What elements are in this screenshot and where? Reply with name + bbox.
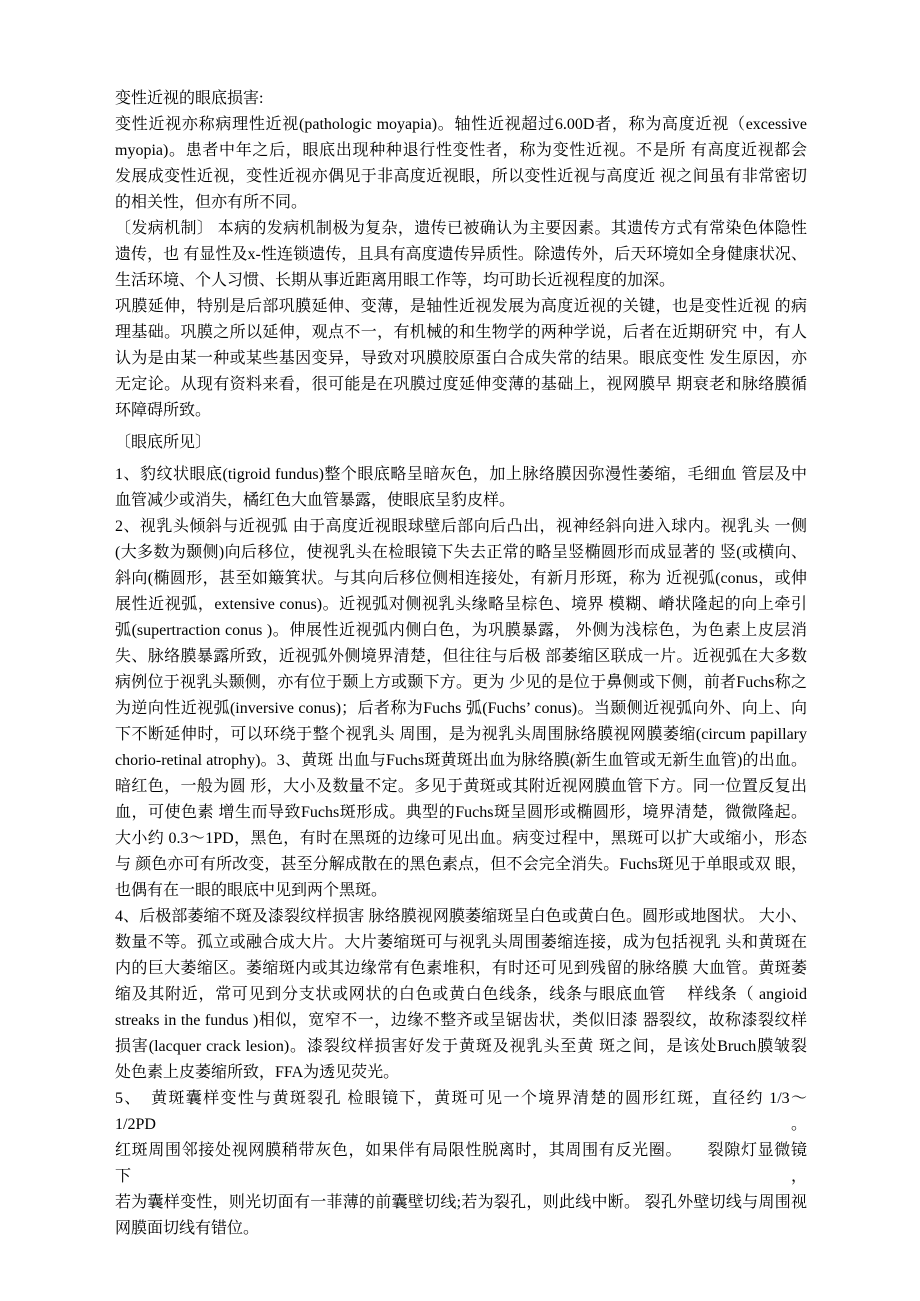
item-4-atrophy-lacquer-cracks: 4、后极部萎缩不斑及漆裂纹样损害 脉络膜视网膜萎缩斑呈白色或黄白色。圆形或地图状…	[115, 904, 807, 1086]
page-title: 变性近视的眼底损害:	[115, 86, 807, 112]
text-line: 4、后极部萎缩不斑及漆裂纹样损害 脉络膜视网膜萎缩斑呈白色或黄白色。圆形或地图状…	[115, 904, 807, 930]
fundus-findings-heading: 〔眼底所见〕	[115, 430, 807, 456]
text-line: 巩膜延伸，特别是后部巩膜延伸、变薄，是轴性近视发展为高度近视的关键，也是变性近视…	[115, 294, 807, 320]
text-line: 数量不等。孤立或融合成大片。大片萎缩斑可与视乳头周围萎缩连接，成为包括视乳 头和…	[115, 930, 807, 956]
text-line: 内的巨大萎缩区。萎缩斑内或其边缘常有色素堆积，有时还可见到残留的脉络膜 大血管。…	[115, 956, 807, 982]
text-line: (大多数为颞侧)向后移位，使视乳头在检眼镜下失去正常的略呈竖椭圆形而成显著的 竖…	[115, 540, 807, 566]
text-line: 展性近视弧，extensive conus)。近视弧对侧视乳头缘略呈棕色、境界 …	[115, 592, 807, 618]
text-line: 的相关性，但亦有所不同。	[115, 190, 807, 216]
text-line: 与 颜色亦可有所改变，甚至分解成散在的黑色素点，但不会完全消失。Fuchs斑见于…	[115, 852, 807, 878]
pathogenesis-paragraph: 〔发病机制〕 本病的发病机制极为复杂，遗传已被确认为主要因素。其遗传方式有常染色…	[115, 216, 807, 294]
item-5-cystoid-degeneration-macular-hole: 5、 黄斑囊样变性与黄斑裂孔 检眼镜下，黄斑可见一个境界清楚的圆形红斑，直径约 …	[115, 1086, 807, 1242]
text-line: 失、脉络膜暴露所致，近视弧外侧境界清楚，但往往与后极 部萎缩区联成一片。近视弧在…	[115, 644, 807, 670]
text-line: 处色素上皮萎缩所致，FFA为透见荧光。	[115, 1060, 807, 1086]
text-line: 大小约 0.3〜1PD，黑色，有时在黑斑的边缘可见出血。病变过程中，黑斑可以扩大…	[115, 826, 807, 852]
document-title-block: 变性近视的眼底损害:	[115, 86, 807, 112]
text-line: 血，可使色素 增生而导致Fuchs斑形成。典型的Fuchs斑呈圆形或椭圆形，境界…	[115, 800, 807, 826]
text-line: 无定论。从现有资料来看，很可能是在巩膜过度延伸变薄的基础上，视网膜早 期衰老和脉…	[115, 372, 807, 398]
text-line: 理基础。巩膜之所以延伸，观点不一，有机械的和生物学的两种学说，后者在近期研究 中…	[115, 320, 807, 346]
text-line: 暗红色，一般为圆 形，大小及数量不定。多见于黄斑或其附近视网膜血管下方。同一位置…	[115, 774, 807, 800]
intro-paragraph: 变性近视亦称病理性近视(pathologic moyapia)。轴性近视超过6.…	[115, 112, 807, 216]
text-line: streaks in the fundus )相似，宽窄不一，边缘不整齐或呈锯齿…	[115, 1008, 807, 1034]
text-line: 环障碍所致。	[115, 398, 807, 424]
text-line: 损害(lacquer crack lesion)。漆裂纹样损害好发于黄斑及视乳头…	[115, 1034, 807, 1060]
text-line: 认为是由某一种或某些基因变异，导致对巩膜胶原蛋白合成失常的结果。眼底变性 发生原…	[115, 346, 807, 372]
text-line: 遗传，也 有显性及x-性连锁遗传，且具有高度遗传异质性。除遗传外，后天环境如全身…	[115, 242, 807, 268]
text-line: myopia)。患者中年之后，眼底出现种种退行性变性者，称为变性近视。不是所 有…	[115, 138, 807, 164]
text-line: 下不断延伸时，可以环绕于整个视乳头 周围，是为视乳头周围脉络膜视网膜萎缩(cir…	[115, 722, 807, 748]
document-page: 变性近视的眼底损害: 变性近视亦称病理性近视(pathologic moyapi…	[0, 0, 920, 1301]
text-line: 变性近视亦称病理性近视(pathologic moyapia)。轴性近视超过6.…	[115, 112, 807, 138]
text-line: 1、豹纹状眼底(tigroid fundus)整个眼底略呈暗灰色，加上脉络膜因弥…	[115, 462, 807, 488]
text-line: 为逆向性近视弧(inversive conus)；后者称为Fuchs 弧(Fuc…	[115, 696, 807, 722]
text-line: 血管减少或消失，橘红色大血管暴露，使眼底呈豹皮样。	[115, 488, 807, 514]
text-line: 也偶有在一眼的眼底中见到两个黑斑。	[115, 878, 807, 904]
text-line: 病例位于视乳头颞侧，亦有位于颞上方或颞下方。更为 少见的是位于鼻侧或下侧，前者F…	[115, 670, 807, 696]
section-heading: 〔眼底所见〕	[115, 430, 807, 456]
text-line: 发展成变性近视，变性近视亦偶见于非高度近视眼，所以变性近视与高度近 视之间虽有非…	[115, 164, 807, 190]
text-line: 网膜面切线有错位。	[115, 1216, 807, 1242]
item-1-tigroid-fundus: 1、豹纹状眼底(tigroid fundus)整个眼底略呈暗灰色，加上脉络膜因弥…	[115, 462, 807, 514]
item-2-3-disc-tilt-conus-macular-hemorrhage: 2、视乳头倾斜与近视弧 由于高度近视眼球壁后部向后凸出，视神经斜向进入球内。视乳…	[115, 514, 807, 904]
text-line: 若为囊样变性，则光切面有一菲薄的前囊壁切线;若为裂孔，则此线中断。 裂孔外壁切线…	[115, 1190, 807, 1216]
text-line: 生活环境、个人习惯、长期从事近距离用眼工作等，均可助长近视程度的加深。	[115, 268, 807, 294]
text-line: 红斑周围邻接处视网膜稍带灰色，如果伴有局限性脱离时，其周围有反光圈。 裂隙灯显微…	[115, 1138, 807, 1190]
sclera-paragraph: 巩膜延伸，特别是后部巩膜延伸、变薄，是轴性近视发展为高度近视的关键，也是变性近视…	[115, 294, 807, 424]
text-line: 斜向(椭圆形，甚至如簸箕状。与其向后移位侧相连接处，有新月形斑，称为 近视弧(c…	[115, 566, 807, 592]
text-line: 〔发病机制〕 本病的发病机制极为复杂，遗传已被确认为主要因素。其遗传方式有常染色…	[115, 216, 807, 242]
text-line: 2、视乳头倾斜与近视弧 由于高度近视眼球壁后部向后凸出，视神经斜向进入球内。视乳…	[115, 514, 807, 540]
text-line: 弧(supertraction conus )。伸展性近视弧内侧白色，为巩膜暴露…	[115, 618, 807, 644]
text-line: 缩及其附近，常可见到分支状或网状的白色或黄白色线条，线条与眼底血管 样线条（ a…	[115, 982, 807, 1008]
text-line: 5、 黄斑囊样变性与黄斑裂孔 检眼镜下，黄斑可见一个境界清楚的圆形红斑，直径约 …	[115, 1086, 807, 1138]
text-line: chorio-retinal atrophy)。3、黄斑 出血与Fuchs斑黄斑…	[115, 748, 807, 774]
